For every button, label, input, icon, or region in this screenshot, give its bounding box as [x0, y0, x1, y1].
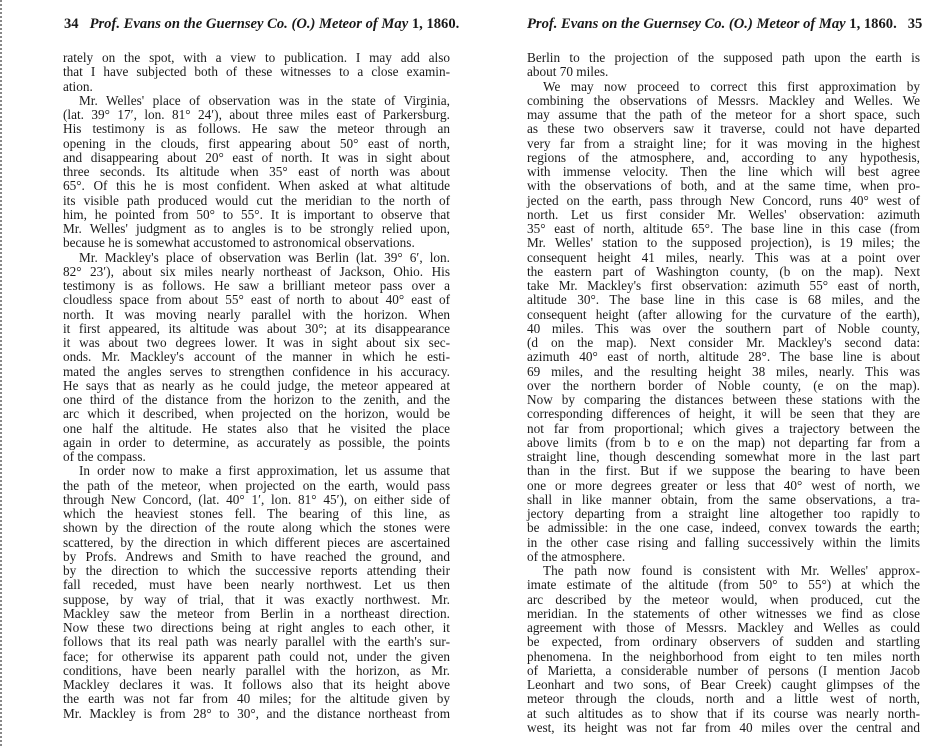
text-line: be expected, from ordinary observers of … — [527, 635, 920, 649]
text-line: Mackley saw the meteor from Berlin in a … — [63, 607, 450, 621]
text-line: scattered, by the direction in which dif… — [63, 536, 450, 550]
text-line: fall receded, must have been nearly nort… — [63, 578, 450, 592]
text-line: arc described by the meteor would, when … — [527, 593, 920, 607]
text-line: We may now proceed to correct this first… — [527, 80, 920, 94]
text-line: about 70 miles. — [527, 65, 920, 79]
text-line: it was about two degrees lower. It was i… — [63, 336, 450, 350]
text-line: regions of the atmosphere, and, accordin… — [527, 151, 920, 165]
text-line: be admissible: in the one case, indeed, … — [527, 521, 920, 535]
running-title: Prof. Evans on the Guernsey Co. (O.) Met… — [527, 16, 846, 32]
text-line: north. Let us first consider Mr. Welles'… — [527, 208, 920, 222]
text-line: 35° east of north, altitude 65°. The bas… — [527, 222, 920, 236]
scan-edge — [0, 0, 2, 748]
text-line: meridian. In the statements of other wit… — [527, 607, 920, 621]
text-line: ation. — [63, 80, 450, 94]
text-line: Mr. Welles' judgment as to angles is to … — [63, 222, 450, 236]
text-line: Mr. Mackley is from 28° to 30°, and the … — [63, 707, 450, 721]
body-text-right: Berlin to the projection of the supposed… — [527, 51, 920, 735]
text-line: over the northern border of Noble county… — [527, 379, 920, 393]
text-line: He says that as nearly as he could judge… — [63, 379, 450, 393]
text-line: follows that its real path was nearly pa… — [63, 635, 450, 649]
text-line: 40 miles. This was over the southern par… — [527, 322, 920, 336]
text-line: with immense velocity. Then the line whi… — [527, 165, 920, 179]
text-line: (lat. 39° 17′, lon. 81° 24′), about thre… — [63, 108, 450, 122]
text-line: jectory departing from a straight line a… — [527, 507, 920, 521]
text-line: mated the angles serves to strengthen co… — [63, 365, 450, 379]
text-line: 82° 23′), about six miles nearly northea… — [63, 265, 450, 279]
text-line: again in order to determine, as accurate… — [63, 436, 450, 450]
text-line: the eastern part of Washington county, (… — [527, 265, 920, 279]
text-line: phenomena. In the neighborhood from eigh… — [527, 650, 920, 664]
text-line: the path of the meteor, when projected o… — [63, 479, 450, 493]
running-title-date: 1, 1860. — [412, 16, 459, 32]
text-line: cloudless space from about 55° east of n… — [63, 293, 450, 307]
page-number: 35 — [908, 16, 923, 32]
text-line: jected on the earth, pass through New Co… — [527, 194, 920, 208]
running-head-right: Prof. Evans on the Guernsey Co. (O.) Met… — [527, 16, 920, 33]
text-line: suppose, by way of trial, that it was ex… — [63, 593, 450, 607]
text-line: azimuth 40° east of north, altitude 28°.… — [527, 350, 920, 364]
running-title-date: 1, 1860. — [849, 16, 896, 32]
text-line: meteor through the clouds, north and a l… — [527, 692, 920, 706]
text-line: which the heaviest stones fell. The bear… — [63, 507, 450, 521]
text-line: imate estimate of the altitude (from 50°… — [527, 578, 920, 592]
text-line: by Profs. Andrews and Smith to have reac… — [63, 550, 450, 564]
text-line: through New Concord, (lat. 40° 1′, lon. … — [63, 493, 450, 507]
text-line: face; for otherwise its apparent path co… — [63, 650, 450, 664]
text-line: and disappearing about 20° east of north… — [63, 151, 450, 165]
text-line: take Mr. Mackley's first observation: az… — [527, 279, 920, 293]
text-line: him, he pointed from 50° to 55°. It is i… — [63, 208, 450, 222]
text-line: 65°. Of this he is most confident. When … — [63, 179, 450, 193]
text-line: the earth was not far from 40 miles; for… — [63, 692, 450, 706]
text-line: may assume that the path of the meteor f… — [527, 108, 920, 122]
text-line: Leonhart and two sons, of Bear Creek) ca… — [527, 678, 920, 692]
text-line: onds. Mr. Mackley's account of the manne… — [63, 350, 450, 364]
text-line: rately on the spot, with a view to publi… — [63, 51, 450, 65]
text-line: testimony is as follows. He saw a brilli… — [63, 279, 450, 293]
text-line: one half the altitude. He states also th… — [63, 422, 450, 436]
body-text-left: rately on the spot, with a view to publi… — [63, 51, 450, 721]
text-line: very far from a straight line; for it wa… — [527, 137, 920, 151]
text-line: its visible path produced would cut the … — [63, 194, 450, 208]
text-line: north. It was moving nearly parallel wit… — [63, 308, 450, 322]
text-line: it first appeared, its altitude was abou… — [63, 322, 450, 336]
running-title: Prof. Evans on the Guernsey Co. (O.) Met… — [90, 16, 409, 32]
text-line: corresponding differences of height, it … — [527, 407, 920, 421]
text-line: west, its height was not far from 40 mil… — [527, 721, 920, 735]
text-line: Mr. Welles' station to the supposed proj… — [527, 236, 920, 250]
text-line: Mr. Mackley's place of observation was B… — [63, 251, 450, 265]
text-line: by the direction to which the successive… — [63, 564, 450, 578]
text-line: consequent height (after allowing for th… — [527, 308, 920, 322]
text-line: In order now to make a first approximati… — [63, 464, 450, 478]
text-line: arc which it described, when projected o… — [63, 407, 450, 421]
text-line: one or more degrees greater or less that… — [527, 479, 920, 493]
text-line: of the atmosphere. — [527, 550, 920, 564]
text-line: His testimony is as follows. He saw the … — [63, 122, 450, 136]
text-line: altitude 30°. The base line in this case… — [527, 293, 920, 307]
text-line: not far from proportional; which gives a… — [527, 422, 920, 436]
text-line: with the observations of both, and at th… — [527, 179, 920, 193]
text-line: shall in like manner obtain, from the sa… — [527, 493, 920, 507]
text-line: in the other case rising and falling suc… — [527, 536, 920, 550]
text-line: Berlin to the projection of the supposed… — [527, 51, 920, 65]
text-line: conditions, have been nearly parallel wi… — [63, 664, 450, 678]
text-line: agreement with those of Messrs. Mackley … — [527, 621, 920, 635]
text-line: at such altitudes as to show that if its… — [527, 707, 920, 721]
text-line: straight line, though descending somewha… — [527, 450, 920, 464]
text-line: that I have subjected both of these witn… — [63, 65, 450, 79]
text-line: one third of the distance from the horiz… — [63, 393, 450, 407]
text-line: because he is somewhat accustomed to ast… — [63, 236, 450, 250]
text-line: shown by the direction of the route alon… — [63, 521, 450, 535]
text-line: consequent height 41 miles, nearly. This… — [527, 251, 920, 265]
text-line: Mackley declares it was. It follows also… — [63, 678, 450, 692]
text-line: than in the first. But if we suppose the… — [527, 464, 920, 478]
text-line: of Marietta, a considerable number of pe… — [527, 664, 920, 678]
text-line: combining the observations of Messrs. Ma… — [527, 94, 920, 108]
text-line: above limits (from b to e on the map) no… — [527, 436, 920, 450]
text-line: 69 miles, and the resulting height 38 mi… — [527, 365, 920, 379]
text-line: Mr. Welles' place of observation was in … — [63, 94, 450, 108]
text-line: three seconds. Its altitude when 35° eas… — [63, 165, 450, 179]
text-line: as these two observers saw it traverse, … — [527, 122, 920, 136]
text-line: Now these two directions being at right … — [63, 621, 450, 635]
text-line: Now by comparing the distances between t… — [527, 393, 920, 407]
text-line: opening in the clouds, first appearing a… — [63, 137, 450, 151]
text-line: of the compass. — [63, 450, 450, 464]
text-line: (d on the map). Next consider Mr. Mackle… — [527, 336, 920, 350]
text-line: The path now found is consistent with Mr… — [527, 564, 920, 578]
page-number: 34 — [64, 16, 79, 32]
running-head-left: 34 Prof. Evans on the Guernsey Co. (O.) … — [64, 16, 446, 33]
